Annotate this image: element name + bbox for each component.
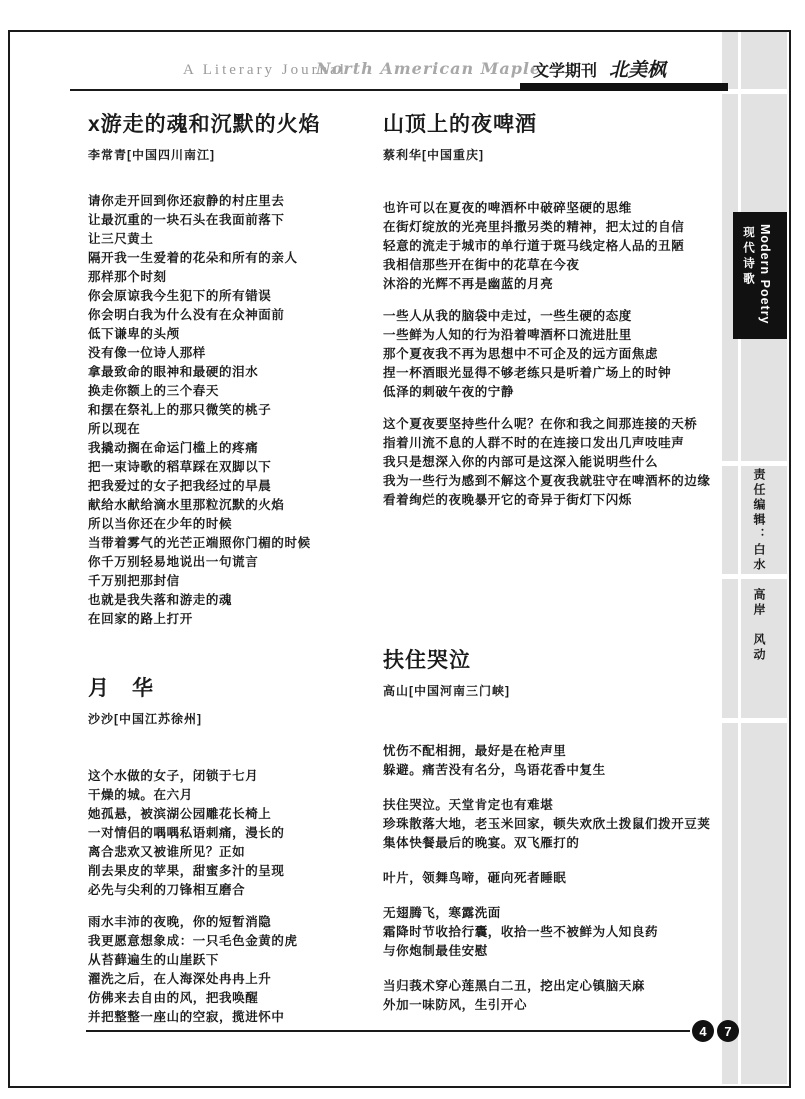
poem-line: 并把整整一座山的空寂，揽进怀中 xyxy=(88,1007,384,1026)
page-digit: 4 xyxy=(699,1024,706,1039)
poem-line xyxy=(88,899,384,912)
poem-line: 所以当你还在少年的时候 xyxy=(88,514,384,533)
poem-line: 濯洗之后，在人海深处冉冉上升 xyxy=(88,969,384,988)
poem-line: 那样那个时刻 xyxy=(88,267,384,286)
poem-body: 也许可以在夏夜的啤酒杯中破碎坚硬的思维在街灯绽放的光亮里抖撒另类的精神，把太过的… xyxy=(383,198,715,509)
editors-credit: 责任编辑：白水 高岸 风动 xyxy=(751,468,768,698)
poem-line: 扶住哭泣。天堂肯定也有难堪 xyxy=(383,795,715,814)
poem-line: 让三尺黄土 xyxy=(88,229,384,248)
poem-line: 所以现在 xyxy=(88,419,384,438)
page-digit: 7 xyxy=(724,1024,731,1039)
journal-title-script: North American Maple xyxy=(316,59,541,78)
poem-line: 珍珠散落大地，老玉米回家，顿失欢欣土拨鼠们拨开豆荚 xyxy=(383,814,715,833)
poem-line: 把一束诗歌的稻草踩在双脚以下 xyxy=(88,457,384,476)
poem-line xyxy=(383,852,715,868)
poem-line xyxy=(383,960,715,976)
poem-line: 那个夏夜我不再为思想中不可企及的远方面焦虑 xyxy=(383,344,715,363)
poem-line: 集体快餐最后的晚宴。双飞雁打的 xyxy=(383,833,715,852)
poem-line: 无翅腾飞，寒露洗面 xyxy=(383,903,715,922)
poem-line: 外加一味防风，生引开心 xyxy=(383,995,715,1014)
poem-line: 你会原谅我今生犯下的所有错误 xyxy=(88,286,384,305)
poem-body: 忧伤不配相拥，最好是在枪声里躲避。痛苦没有名分，鸟语花香中复生扶住哭泣。天堂肯定… xyxy=(383,741,715,1014)
poem-line: 叶片，领舞鸟啼，砸向死者睡眠 xyxy=(383,868,715,887)
poem-line: 当归莪术穿心莲黑白二丑，挖出定心镇脑天麻 xyxy=(383,976,715,995)
poem-line: 也许可以在夏夜的啤酒杯中破碎坚硬的思维 xyxy=(383,198,715,217)
poem-line: 让最沉重的一块石头在我面前落下 xyxy=(88,210,384,229)
poem-line: 拿最致命的眼神和最硬的泪水 xyxy=(88,362,384,381)
header-thick-bar xyxy=(520,83,728,91)
poem-line: 请你走开回到你还寂静的村庄里去 xyxy=(88,191,384,210)
poem-line: 这个水做的女子，闭锁于七月 xyxy=(88,766,384,785)
poem-title: 山顶上的夜啤酒 xyxy=(383,112,715,138)
poem-night-beer: 山顶上的夜啤酒 蔡利华[中国重庆] 也许可以在夏夜的啤酒杯中破碎坚硬的思维在街灯… xyxy=(383,112,715,509)
poem-line: 献给水献给滴水里那粒沉默的火焰 xyxy=(88,495,384,514)
poem-line: 我只是想深入你的内部可是这深入能说明些什么 xyxy=(383,452,715,471)
poem-line: 一些鲜为人知的行为沿着啤酒杯口流进肚里 xyxy=(383,325,715,344)
poem-line: 在回家的路上打开 xyxy=(88,609,384,628)
poem-line: 霜降时节收拾行囊，收拾一些不被鲜为人知良药 xyxy=(383,922,715,941)
poem-line: 看着绚烂的夜晚暴开它的奇异于街灯下闪烁 xyxy=(383,490,715,509)
section-label-en: Modern Poetry xyxy=(758,224,772,325)
poem-line: 我更愿意想象成：一只毛色金黄的虎 xyxy=(88,931,384,950)
poem-line: 千万别把那封信 xyxy=(88,571,384,590)
poem-author: 沙沙[中国江苏徐州] xyxy=(88,711,384,727)
poem-line: 干燥的城。在六月 xyxy=(88,785,384,804)
poem-line xyxy=(383,887,715,903)
poem-line: 换走你额上的三个春天 xyxy=(88,381,384,400)
section-label-cn: 现代诗歌 xyxy=(740,226,756,288)
poem-author: 李常青[中国四川南江] xyxy=(88,147,384,163)
poem-line xyxy=(383,401,715,414)
poem-line: 你会明白我为什么没有在众神面前 xyxy=(88,305,384,324)
poem-moonlight: 月 华 沙沙[中国江苏徐州] 这个水做的女子，闭锁于七月干燥的城。在六月她孤悬，… xyxy=(88,676,384,1026)
poem-line: 当带着雾气的光芒正端照你门楣的时候 xyxy=(88,533,384,552)
poem-author: 蔡利华[中国重庆] xyxy=(383,147,715,163)
poem-line: 这个夏夜要坚持些什么呢？在你和我之间那连接的天桥 xyxy=(383,414,715,433)
poem-line: 躲避。痛苦没有名分，鸟语花香中复生 xyxy=(383,760,715,779)
poem-title: 月 华 xyxy=(88,676,384,702)
poem-line: 沐浴的光辉不再是幽蓝的月亮 xyxy=(383,274,715,293)
poem-line: 也就是我失落和游走的魂 xyxy=(88,590,384,609)
poem-line: 我相信那些开在街中的花草在今夜 xyxy=(383,255,715,274)
poem-line xyxy=(383,779,715,795)
masthead-brand: 北美枫 xyxy=(609,60,666,81)
poem-line: 轻意的流走于城市的单行道于斑马线定格人品的丑陋 xyxy=(383,236,715,255)
magazine-page: A Literary Journal North American Maple … xyxy=(0,0,805,1099)
poem-line: 在街灯绽放的光亮里抖撒另类的精神，把太过的自信 xyxy=(383,217,715,236)
poem-line: 我撬动搁在命运门槛上的疼痛 xyxy=(88,438,384,457)
poem-line: 和摆在祭礼上的那只微笑的桃子 xyxy=(88,400,384,419)
poem-line: 一对情侣的喁喁私语刺痛，漫长的 xyxy=(88,823,384,842)
poem-body: 这个水做的女子，闭锁于七月干燥的城。在六月她孤悬，被滨湖公园雕花长椅上一对情侣的… xyxy=(88,766,384,1026)
poem-line: 忧伤不配相拥，最好是在枪声里 xyxy=(383,741,715,760)
poem-line: 离合悲欢又被谁所见？正如 xyxy=(88,842,384,861)
poem-line: 你千万别轻易地说出一句谎言 xyxy=(88,552,384,571)
poem-line: 把我爱过的女子把我经过的早晨 xyxy=(88,476,384,495)
poem-holding-cry: 扶住哭泣 高山[中国河南三门峡] 忧伤不配相拥，最好是在枪声里躲避。痛苦没有名分… xyxy=(383,648,715,1014)
poem-line: 她孤悬，被滨湖公园雕花长椅上 xyxy=(88,804,384,823)
page-number-circle: 4 xyxy=(692,1020,714,1042)
poem-line: 必先与尖利的刀锋相互磨合 xyxy=(88,880,384,899)
poem-line: 没有像一位诗人那样 xyxy=(88,343,384,362)
poem-line: 雨水丰沛的夜晚，你的短暂消隐 xyxy=(88,912,384,931)
poem-line xyxy=(383,293,715,306)
masthead: 文学期刊北美枫 xyxy=(533,55,666,82)
footer-rule xyxy=(86,1030,690,1032)
poem-title: 扶住哭泣 xyxy=(383,648,715,674)
poem-body: 请你走开回到你还寂静的村庄里去让最沉重的一块石头在我面前落下让三尺黄土隔开我一生… xyxy=(88,191,384,628)
poem-title: x游走的魂和沉默的火焰 xyxy=(88,112,384,138)
poem-wandering-soul: x游走的魂和沉默的火焰 李常青[中国四川南江] 请你走开回到你还寂静的村庄里去让… xyxy=(88,112,384,628)
poem-line: 与你炮制最佳安慰 xyxy=(383,941,715,960)
poem-line: 削去果皮的苹果，甜蜜多汁的呈现 xyxy=(88,861,384,880)
poem-line: 仿佛来去自由的风，把我唤醒 xyxy=(88,988,384,1007)
poem-line: 隔开我一生爱着的花朵和所有的亲人 xyxy=(88,248,384,267)
section-tab: 现代诗歌 Modern Poetry xyxy=(733,212,787,339)
poem-line: 低下谦卑的头颅 xyxy=(88,324,384,343)
poem-line: 捏一杯酒眼光显得不够老练只是听着广场上的时钟 xyxy=(383,363,715,382)
page-number-circle: 7 xyxy=(717,1020,739,1042)
masthead-label: 文学期刊 xyxy=(533,63,597,80)
poem-line: 指着川流不息的人群不时的在连接口发出几声吱哇声 xyxy=(383,433,715,452)
poem-line: 一些人从我的脑袋中走过，一些生硬的态度 xyxy=(383,306,715,325)
poem-line: 低泽的刺破午夜的宁静 xyxy=(383,382,715,401)
poem-line: 从苔藓遍生的山崖跃下 xyxy=(88,950,384,969)
poem-author: 高山[中国河南三门峡] xyxy=(383,683,715,699)
poem-line: 我为一些行为感到不解这个夏夜我就驻守在啤酒杯的边缘 xyxy=(383,471,715,490)
